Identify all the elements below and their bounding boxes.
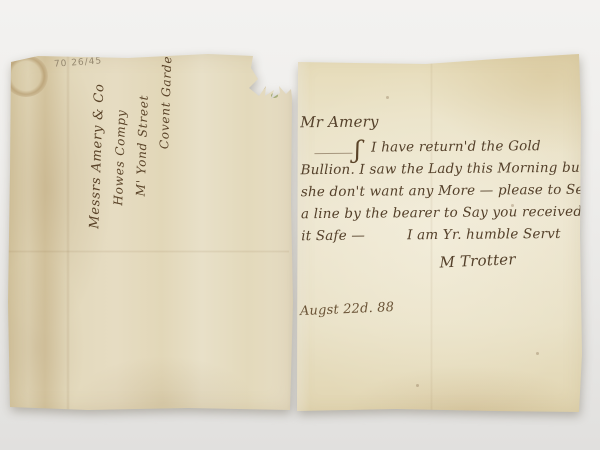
- foxing-speck: [536, 352, 539, 355]
- lead-dash: [314, 153, 352, 154]
- pencil-reference-number: 70 26/45: [54, 56, 103, 69]
- body-line-5: it Safe —: [301, 225, 365, 248]
- pen-flourish: ʃ: [354, 141, 361, 159]
- tear-shading: [256, 82, 266, 90]
- page-left-shadow: 70 26/45 Messrs Amery & Co Howes Compy M…: [8, 52, 293, 412]
- date-line: Augst 22d. 88: [299, 289, 580, 323]
- body-line-1: I have return'd the Gold: [371, 135, 541, 158]
- signature: M Trotter: [439, 245, 580, 273]
- horizontal-crease: [8, 250, 289, 253]
- letter-body: Mr Amery ʃ I have return'd the Gold Bull…: [300, 109, 580, 318]
- address-line-4: Covent Garden: [150, 73, 178, 234]
- wax-residue-speck: [271, 93, 278, 98]
- address-block: Messrs Amery & Co Howes Compy M' Yond St…: [84, 71, 178, 234]
- body-line-3: she don't want any More — please to Send: [301, 179, 579, 203]
- body-line-4: a line by the bearer to Say you received: [301, 201, 579, 225]
- page-right: Mr Amery ʃ I have return'd the Gold Bull…: [296, 54, 582, 414]
- page-left: 70 26/45 Messrs Amery & Co Howes Compy M…: [8, 52, 293, 412]
- salutation: Mr Amery: [300, 109, 578, 133]
- vertical-crease: [66, 52, 70, 412]
- wax-ring-stain: [4, 55, 48, 97]
- letter-photograph: 70 26/45 Messrs Amery & Co Howes Compy M…: [0, 0, 600, 450]
- body-line-5-row: it Safe — I am Yr. humble Servt: [301, 223, 579, 247]
- foxing-speck: [386, 96, 389, 99]
- foxing-speck: [416, 384, 419, 387]
- body-line-2: Bullion. I saw the Lady this Morning but: [301, 157, 579, 181]
- page-right-shadow: Mr Amery ʃ I have return'd the Gold Bull…: [296, 54, 582, 414]
- body-line-1-row: ʃ I have return'd the Gold: [300, 135, 578, 159]
- closing-line: I am Yr. humble Servt: [407, 223, 561, 246]
